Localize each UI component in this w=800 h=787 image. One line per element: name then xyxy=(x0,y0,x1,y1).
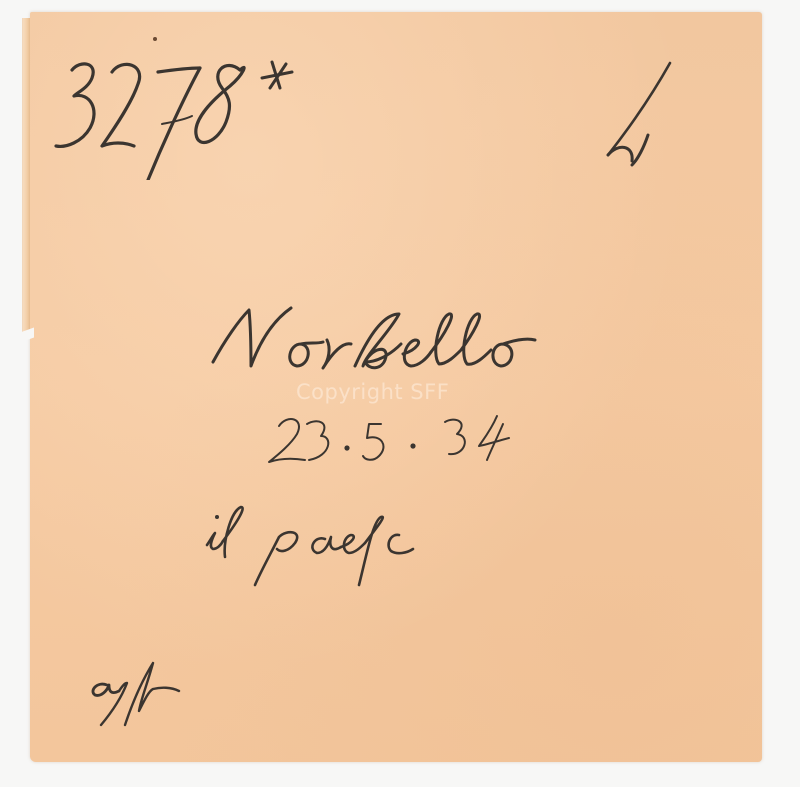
copyright-watermark: Copyright SFF xyxy=(296,380,449,404)
ink-speck xyxy=(153,37,157,41)
subject: il paese xyxy=(195,505,425,599)
corner-mark: L xyxy=(590,55,690,179)
initials: af xyxy=(85,655,195,739)
catalog-number-handwriting xyxy=(50,50,300,180)
initials-handwriting xyxy=(85,655,195,735)
place-name-handwriting xyxy=(205,300,555,380)
corner-mark-handwriting xyxy=(590,55,690,175)
date: 23.5.34 xyxy=(265,410,525,474)
place-name: Norbello xyxy=(205,300,555,384)
subject-handwriting xyxy=(195,505,425,595)
catalog-number: 3278* xyxy=(50,50,300,184)
date-handwriting xyxy=(265,410,525,470)
